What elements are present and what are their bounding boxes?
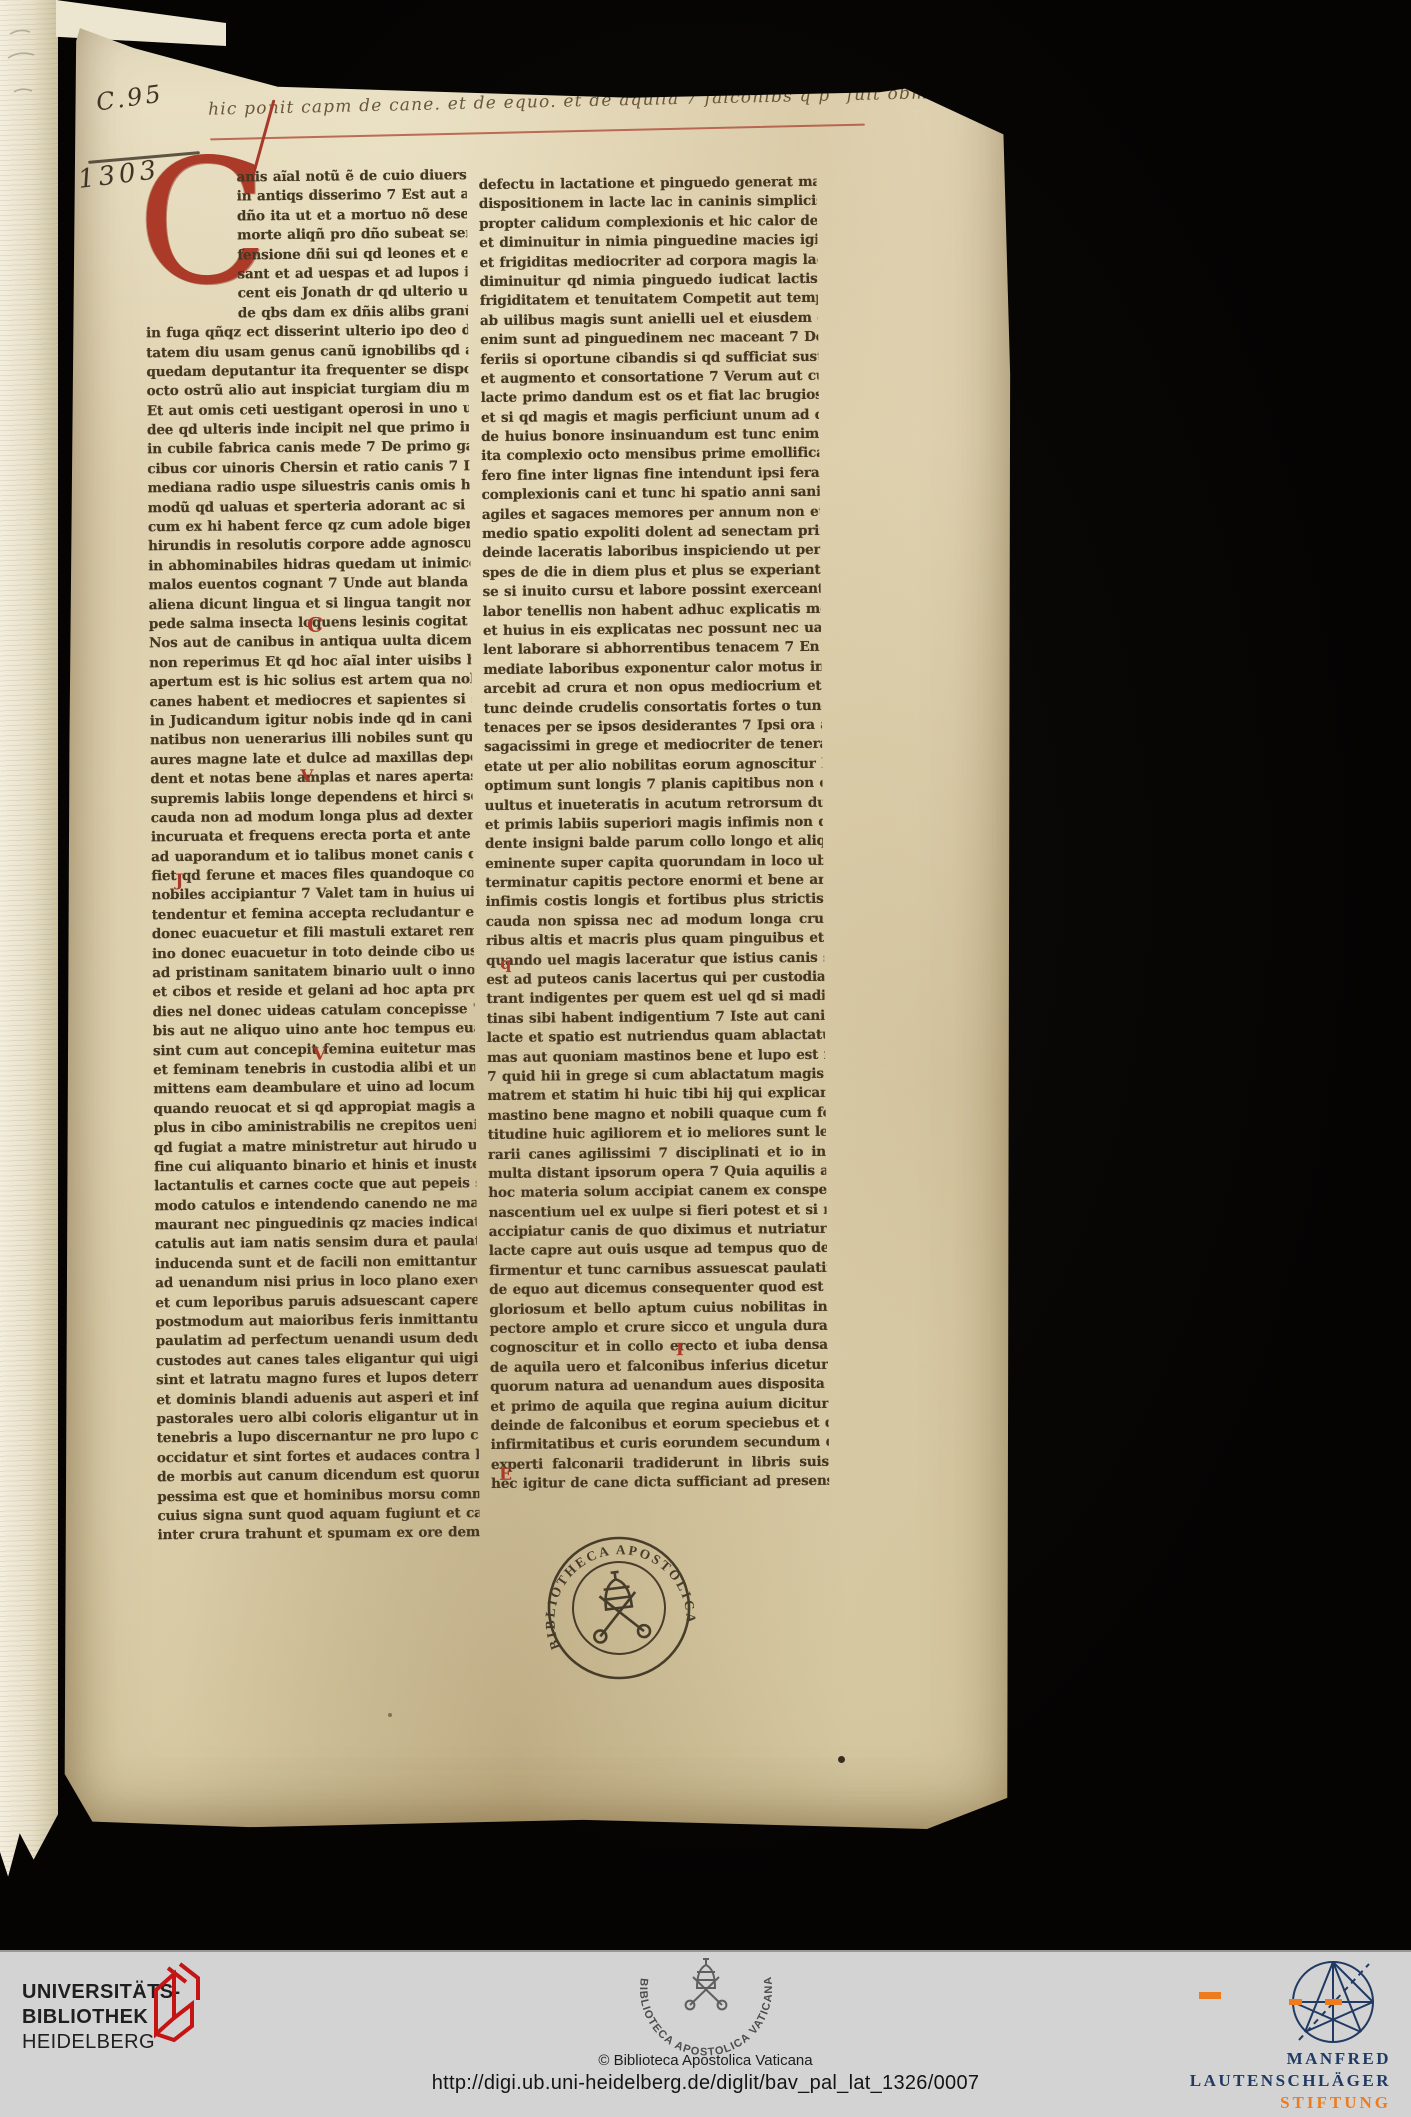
rubric-mark: V	[300, 767, 313, 787]
mls-logo-text: MANFRED LAUTENSCHLÄGER STIFTUNG	[1190, 2048, 1391, 2114]
rubric-mark: J	[175, 871, 183, 891]
manuscript-line: lacte et spatio est nutriendus quam abla…	[487, 1026, 825, 1049]
manuscript-line: sint et latratu magno fures et lupos det…	[156, 1368, 478, 1390]
manuscript-line: in fuga qñqz ect disserint ulterio ipo d…	[146, 321, 468, 343]
manuscript-line: mediana radio uspe siluestris canis omis…	[147, 476, 469, 498]
vatican-stamp: BIBLIOTHECA APOSTOLICA VATICANA	[523, 1512, 715, 1704]
bav-emblem-icon: BIBLIOTECA APOSTOLICA VATICANA	[631, 1954, 781, 2058]
rubric-mark: q	[500, 954, 511, 973]
parchment-page: folio.9. hic ponit capm de cane. et de e…	[58, 8, 1013, 1840]
copyright-text: © Biblioteca Apostolica Vaticana	[426, 2052, 986, 2069]
manuscript-line: malos euentos cognant 7 Unde aut blanda …	[148, 573, 470, 595]
rubric-mark: C	[307, 613, 323, 637]
text-column-left: anis aĩal notũ ẽ de cuio diuersitã mlẽmi…	[144, 166, 479, 1546]
wormhole-dot	[388, 1713, 392, 1717]
manuscript-line: arcebit ad crura et non opus mediocrium …	[483, 677, 821, 700]
manuscript-line: hec igitur de cane dicta sufficiant ad p…	[491, 1472, 829, 1495]
digitized-manuscript-screenshot: folio.9. hic ponit capm de cane. et de e…	[0, 0, 1411, 2117]
manuscript-line: natibus non uenerarius illi nobiles sunt…	[150, 728, 472, 750]
manuscript-line: plus in cibo aministrabilis ne crepitos …	[154, 1116, 476, 1138]
manuscript-line: cent eis Jonath dr qd ulterio uigent odo…	[146, 283, 468, 305]
manuscript-line: octo ostrũ alio aut inspiciat turgiam di…	[147, 379, 469, 401]
mls-name-line2: LAUTENSCHLÄGER	[1190, 2070, 1391, 2092]
orange-dash-icon	[1199, 1992, 1221, 1999]
manuscript-line: titudine huic agiliorem et io meliores s…	[488, 1123, 826, 1146]
tiara-keys-icon	[587, 1569, 651, 1643]
book-fore-edge	[0, 0, 58, 1886]
manuscript-line: de morbis aut canum dicendum est quorum …	[157, 1465, 479, 1487]
manuscript-line: bis aut ne aliquo uino ante hoc tempus e…	[153, 1019, 475, 1041]
image-url: http://digi.ub.uni-heidelberg.de/diglit/…	[426, 2072, 986, 2095]
manuscript-line: donec euacuetur et fili mastuli extaret …	[152, 922, 474, 944]
mls-name-line3: STIFTUNG	[1190, 2092, 1391, 2114]
fore-edge-scribbles	[0, 0, 58, 140]
manuscript-line: morte aliqñ pro dño subeat serũ qm in de	[145, 224, 467, 246]
book-photo-background: folio.9. hic ponit capm de cane. et de e…	[0, 0, 1411, 1950]
manuscript-line: incuruata et frequens erecta porta et an…	[151, 825, 473, 847]
mls-name-line1: MANFRED	[1190, 2048, 1391, 2070]
rubric-mark: E	[499, 1465, 512, 1485]
bav-logo: BIBLIOTECA APOSTOLICA VATICANA © Bibliot…	[426, 1952, 986, 2095]
manuscript-line: optimum sunt longis 7 planis capitibus n…	[484, 774, 822, 797]
manuscript-line: lactantulis et carnes cocte que aut pepe…	[154, 1174, 476, 1196]
manuscript-line: se si inuito cursu et labore possint exe…	[482, 580, 820, 603]
manuscript-line: ad uenandum nisi prius in loco plano exe…	[155, 1271, 477, 1293]
manuscript-line: enim sunt ad pinguedinem nec maceant 7 D…	[480, 328, 818, 351]
book-logo-icon	[146, 1960, 208, 2052]
manuscript-line: quorum natura ad uenandum aues disposita…	[490, 1375, 828, 1398]
manuscript-line: apertum est is hic solius est artem qua …	[149, 670, 471, 692]
rubric-mark: I	[676, 1340, 684, 1360]
manuscript-line: inter crura trahunt et spumam ex ore dem…	[158, 1523, 480, 1545]
wormhole-dot	[838, 1756, 845, 1763]
manuscript-line: et diminuitur in nimia pinguedine macies…	[479, 231, 817, 254]
globe-icon	[1287, 1958, 1375, 2046]
text-column-right: defectu in lactatione et pinguedo genera…	[479, 173, 830, 1495]
footer-bar: UNIVERSITÄTS- BIBLIOTHEK HEIDELBERG	[0, 1950, 1411, 2117]
rubric-mark: V	[313, 1045, 326, 1065]
folio-number: folio.9.	[558, 63, 619, 83]
